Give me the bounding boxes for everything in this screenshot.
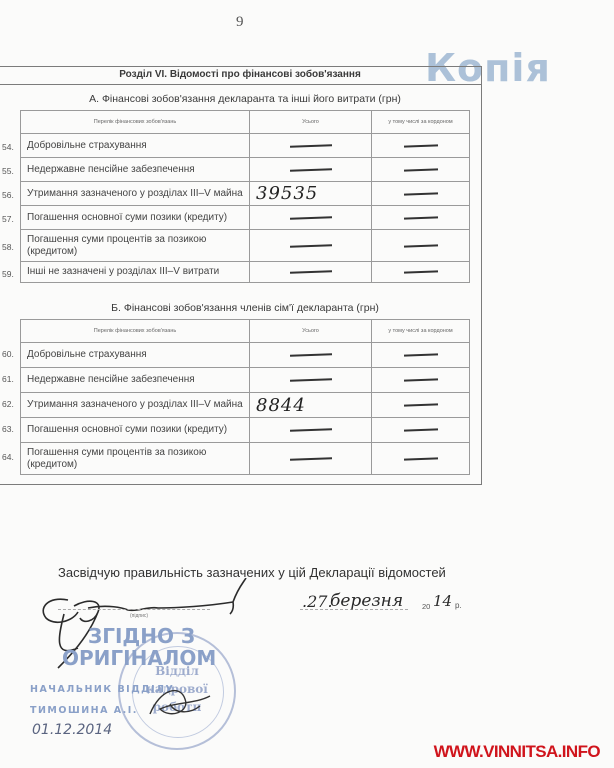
obligation-label: Погашення основної суми позики (кредиту) <box>21 206 250 230</box>
row-number: 62. <box>2 399 18 409</box>
abroad-value <box>372 262 470 283</box>
obligation-label: Добровільне страхування <box>21 343 250 368</box>
total-value <box>250 343 372 368</box>
dash-mark <box>403 271 437 274</box>
row-number: 60. <box>2 349 18 359</box>
column-header-list: Перелік фінансових зобов'язань <box>21 111 250 134</box>
handwritten-amount: 8844 <box>256 395 306 416</box>
site-watermark: WWW.VINNITSA.INFO <box>434 742 600 762</box>
row-number: 55. <box>2 166 18 176</box>
table-row: Погашення суми процентів за позикою (кре… <box>21 230 470 262</box>
date-year-prefix: 20 <box>422 602 430 611</box>
table-row: Недержавне пенсійне забезпечення <box>21 158 470 182</box>
table-row: Погашення основної суми позики (кредиту) <box>21 206 470 230</box>
total-value <box>250 418 372 443</box>
obligation-label: Погашення суми процентів за позикою (кре… <box>21 443 250 475</box>
dash-mark <box>403 457 437 460</box>
part-b-title: Б. Фінансові зобов'язання членів сім'ї д… <box>20 302 470 314</box>
dash-mark <box>403 168 437 171</box>
part-b-table: Перелік фінансових зобов'язань Усього у … <box>20 319 470 475</box>
dash-mark <box>403 429 437 432</box>
obligation-label: Утримання зазначеного у розділах III–V м… <box>21 182 250 206</box>
abroad-value <box>372 368 470 393</box>
approval-stamp-line-4: ТИМОШИНА А.І. <box>30 705 138 716</box>
dash-mark <box>289 168 331 171</box>
table-row: Утримання зазначеного у розділах III–V м… <box>21 182 470 206</box>
dash-mark <box>289 353 331 356</box>
dash-mark <box>289 428 331 431</box>
abroad-value <box>372 418 470 443</box>
abroad-value <box>372 393 470 418</box>
row-number: 54. <box>2 142 18 152</box>
dash-mark <box>403 404 437 407</box>
total-value <box>250 368 372 393</box>
row-number: 56. <box>2 190 18 200</box>
total-value: 39535 <box>250 182 372 206</box>
row-number: 63. <box>2 424 18 434</box>
handwritten-amount: 39535 <box>256 183 318 204</box>
column-header-total: Усього <box>250 111 372 134</box>
column-header-list: Перелік фінансових зобов'язань <box>21 320 250 343</box>
part-a-title: А. Фінансові зобов'язання декларанта та … <box>20 93 470 105</box>
dash-mark <box>289 216 331 219</box>
dash-mark <box>403 244 437 247</box>
signature-caption: (підпис) <box>130 613 148 619</box>
table-row: Утримання зазначеного у розділах III–V м… <box>21 393 470 418</box>
table-row: Погашення суми процентів за позикою (кре… <box>21 443 470 475</box>
approval-signature-icon <box>140 684 220 724</box>
approval-stamp-date: 01.12.2014 <box>32 722 112 738</box>
dash-mark <box>289 244 331 247</box>
obligation-label: Добровільне страхування <box>21 134 250 158</box>
abroad-value <box>372 230 470 262</box>
date-year-suffix: 14 <box>433 592 452 610</box>
column-header-total: Усього <box>250 320 372 343</box>
total-value <box>250 206 372 230</box>
abroad-value <box>372 182 470 206</box>
dash-mark <box>289 270 331 273</box>
total-value <box>250 158 372 182</box>
column-header-abroad: у тому числі за кордоном <box>372 111 470 134</box>
signature-line <box>58 609 210 610</box>
table-row: Інші не зазначені у розділах III–V витра… <box>21 262 470 283</box>
abroad-value <box>372 158 470 182</box>
total-value <box>250 443 372 475</box>
row-number: 64. <box>2 452 18 462</box>
part-a-table: Перелік фінансових зобов'язань Усього у … <box>20 110 470 283</box>
column-header-abroad: у тому числі за кордоном <box>372 320 470 343</box>
date-day: .27. <box>302 592 333 611</box>
abroad-value <box>372 443 470 475</box>
dash-mark <box>403 354 437 357</box>
dash-mark <box>403 216 437 219</box>
total-value <box>250 134 372 158</box>
date-year-unit: р. <box>455 601 462 610</box>
obligation-label: Утримання зазначеного у розділах III–V м… <box>21 393 250 418</box>
obligation-label: Погашення основної суми позики (кредиту) <box>21 418 250 443</box>
total-value <box>250 262 372 283</box>
row-number: 61. <box>2 374 18 384</box>
section-title: Розділ VI. Відомості про фінансові зобов… <box>0 66 482 85</box>
table-row: Добровільне страхування <box>21 134 470 158</box>
row-number: 57. <box>2 214 18 224</box>
table-row: Добровільне страхування <box>21 343 470 368</box>
dash-mark <box>403 144 437 147</box>
page-number: 9 <box>236 14 244 31</box>
obligation-label: Погашення суми процентів за позикою (кре… <box>21 230 250 262</box>
table-row: Погашення основної суми позики (кредиту) <box>21 418 470 443</box>
row-number: 59. <box>2 269 18 279</box>
total-value <box>250 230 372 262</box>
dash-mark <box>289 378 331 381</box>
obligation-label: Недержавне пенсійне забезпечення <box>21 158 250 182</box>
abroad-value <box>372 206 470 230</box>
date-month: березня <box>330 591 403 611</box>
total-value: 8844 <box>250 393 372 418</box>
abroad-value <box>372 134 470 158</box>
dash-mark <box>289 144 331 147</box>
dash-mark <box>289 457 331 460</box>
dash-mark <box>403 379 437 382</box>
dash-mark <box>403 192 437 195</box>
table-row: Недержавне пенсійне забезпечення <box>21 368 470 393</box>
obligation-label: Недержавне пенсійне забезпечення <box>21 368 250 393</box>
approval-stamp-line-2: ОРИГІНАЛОМ <box>62 646 216 670</box>
row-number: 58. <box>2 242 18 252</box>
obligation-label: Інші не зазначені у розділах III–V витра… <box>21 262 250 283</box>
abroad-value <box>372 343 470 368</box>
approval-stamp-line-1: ЗГІДНО З <box>88 624 195 648</box>
